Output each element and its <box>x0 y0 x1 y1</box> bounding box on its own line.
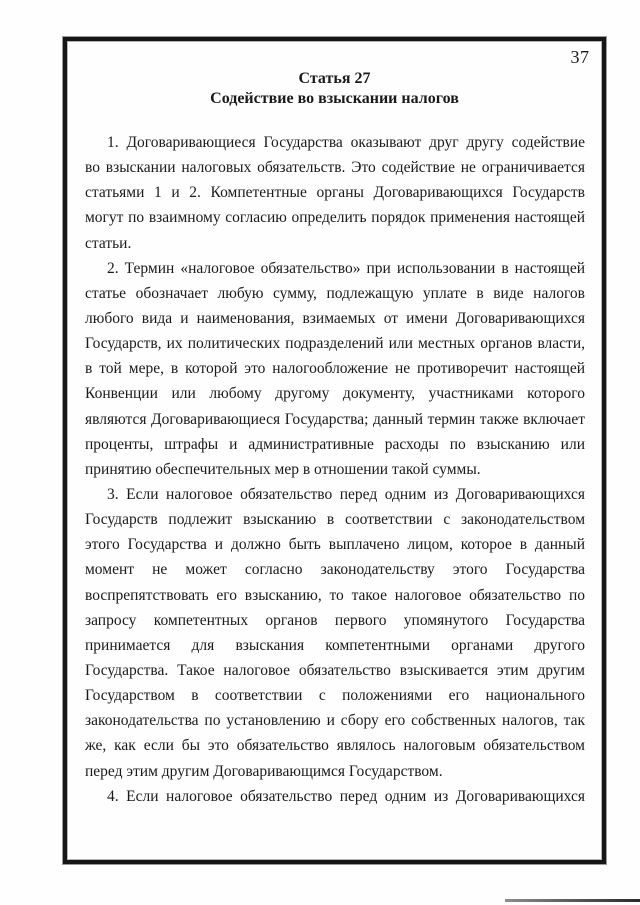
text-line: запросу компетентных органов первого упо… <box>85 608 585 633</box>
paragraph-3: 3. Если налоговое обязательство перед од… <box>85 482 585 784</box>
text-line: статье обозначает любую сумму, подлежащу… <box>85 281 585 306</box>
text-line: в той мере, в которой это налогообложени… <box>85 356 585 381</box>
text-line: являются Договаривающиеся Государства; д… <box>85 407 585 432</box>
text-line: 2. Термин «налоговое обязательство» при … <box>85 256 585 281</box>
text-line: статьями 1 и 2. Компетентные органы Дого… <box>85 180 585 205</box>
text-line: 1. Договаривающиеся Государства оказываю… <box>85 130 585 155</box>
text-line: Государства. Такое налоговое обязательст… <box>85 658 585 683</box>
scan-edge-artifact <box>505 899 640 902</box>
text-line: проценты, штрафы и административные расх… <box>85 432 585 457</box>
text-line: могут по взаимному согласию определить п… <box>85 205 585 230</box>
text-line: 3. Если налоговое обязательство перед од… <box>85 482 585 507</box>
text-line: перед этим другим Договаривающимся Госуд… <box>85 759 585 784</box>
text-line: воспрепятствовать его взысканию, то тако… <box>85 583 585 608</box>
text-line: Государством в соответствии с положениям… <box>85 683 585 708</box>
text-line: принятию обеспечительных мер в отношении… <box>85 457 585 482</box>
article-number-line: Статья 27 <box>63 69 606 89</box>
text-line: Государств подлежит взысканию в соответс… <box>85 507 585 532</box>
text-line: принимается для взыскания компетентными … <box>85 633 585 658</box>
text-line: момент не может согласно законодательств… <box>85 557 585 582</box>
text-line: во взыскании налоговых обязательств. Это… <box>85 155 585 180</box>
text-line: любого вида и наименования, взимаемых от… <box>85 306 585 331</box>
paragraph-4: 4. Если налоговое обязательство перед од… <box>85 784 585 809</box>
article-title-line: Содействие во взыскании налогов <box>63 89 606 109</box>
paragraph-2: 2. Термин «налоговое обязательство» при … <box>85 256 585 482</box>
text-line: же, как если бы это обязательство являло… <box>85 733 585 758</box>
text-line: этого Государства и должно быть выплачен… <box>85 532 585 557</box>
text-line: статьи. <box>85 231 585 256</box>
text-line: законодательства по установлению и сбору… <box>85 708 585 733</box>
article-heading: Статья 27 Содействие во взыскании налого… <box>63 69 606 109</box>
text-line: Государств, их политических подразделени… <box>85 331 585 356</box>
paragraph-1: 1. Договаривающиеся Государства оказываю… <box>85 130 585 256</box>
text-line: Конвенции или любому другому документу, … <box>85 381 585 406</box>
text-line: 4. Если налоговое обязательство перед од… <box>85 784 585 809</box>
body-text: 1. Договаривающиеся Государства оказываю… <box>85 130 585 809</box>
scanned-document-page: 37 Статья 27 Содействие во взыскании нал… <box>0 0 640 905</box>
page-number: 37 <box>560 47 600 68</box>
